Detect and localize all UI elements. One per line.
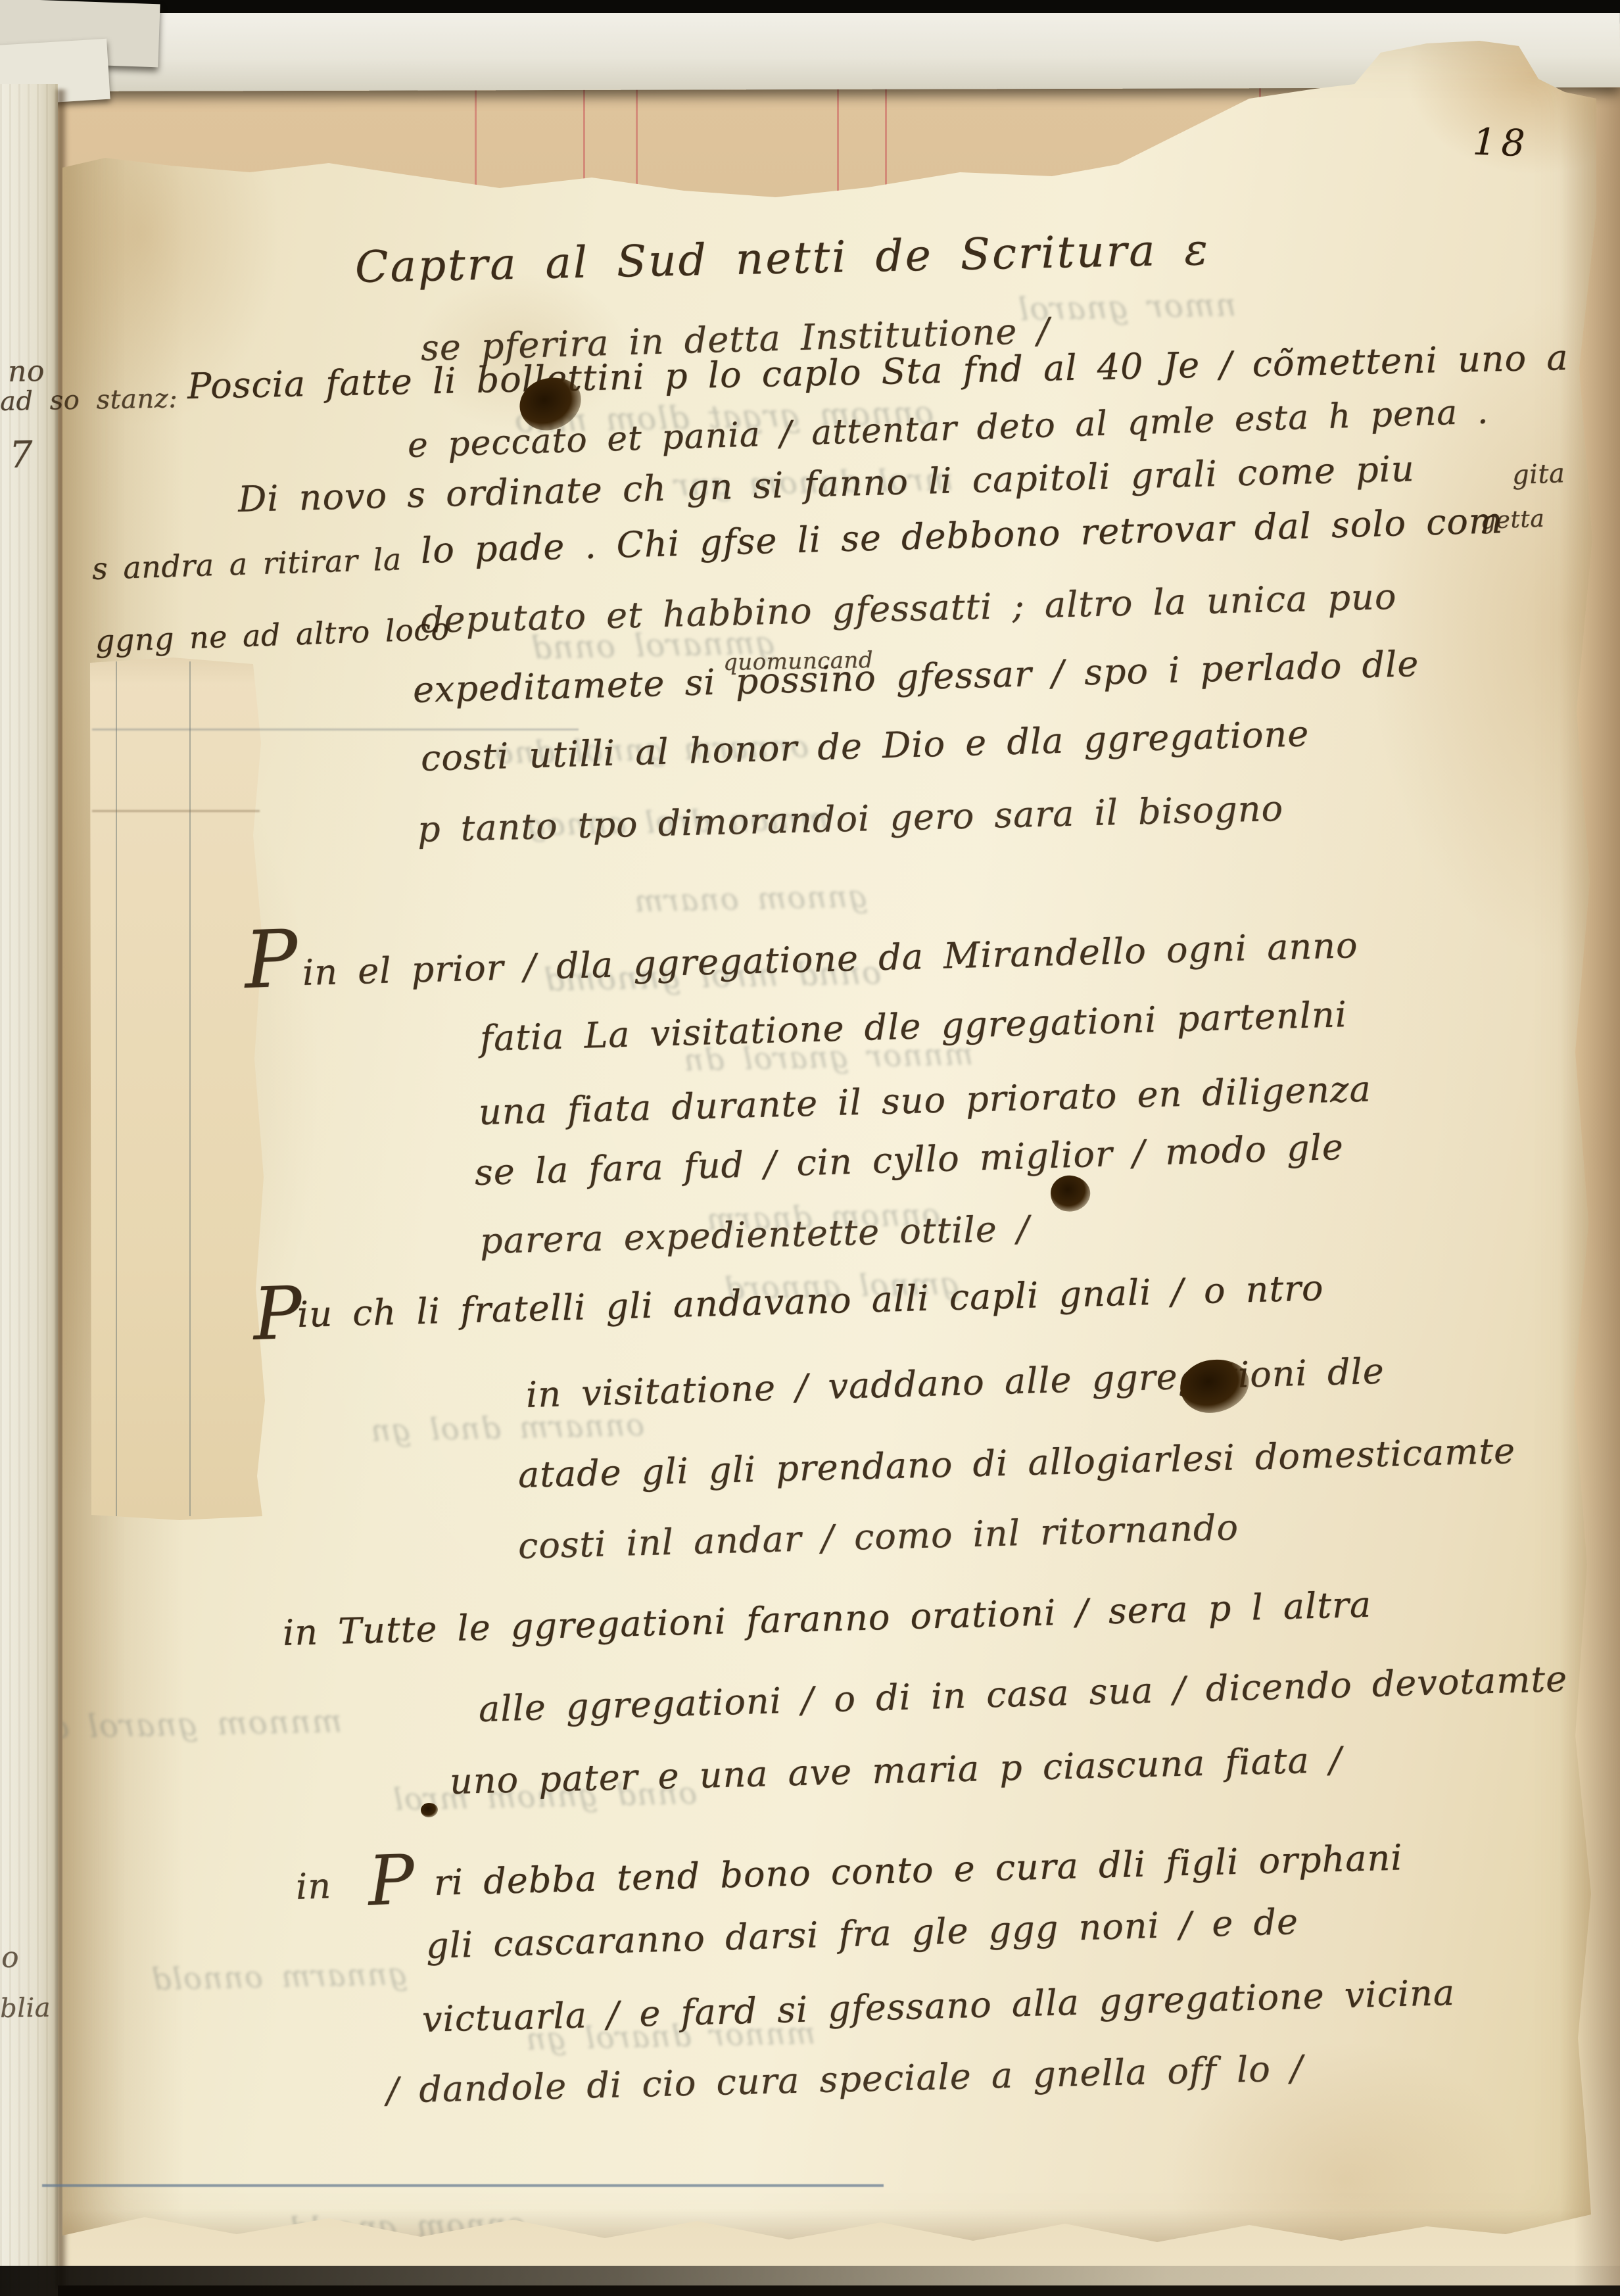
bleedthrough-text: gnnom onarm [633,878,869,919]
manuscript-line: P [367,1840,416,1921]
paper-crease [92,810,260,812]
manuscript-page: nmor gnarolonnom grgat dlom mnomrol dnno… [62,36,1596,2255]
manuscript-line: in [295,1865,332,1907]
manuscript-line: P [252,1270,303,1356]
cutoff-text-fragment: ad so stanz: [0,383,178,417]
cutoff-text-fragment: no [8,354,45,389]
scan-top-shadow [0,0,1620,13]
cutoff-text-fragment: o [1,1941,20,1974]
manuscript-line: gita [1512,458,1565,490]
repair-patch [87,658,265,1520]
blue-crease-line [42,2184,884,2187]
scan-bottom-shadow [0,2266,1620,2296]
cutoff-text-fragment: blia [0,1993,51,2024]
folio-number: 18 [1472,120,1531,165]
patch-rule-line [189,661,191,1516]
patch-rule-line [116,661,117,1516]
bleedthrough-text: nmor gnarol [1017,287,1237,328]
manuscript-line: P [243,913,300,1007]
cutoff-text-fragment: 7 [9,433,33,477]
bleedthrough-text: gnnarm onnold [150,1956,408,1997]
manuscript-scan: nmor gnarolonnom grgat dlom mnomrol dnno… [0,0,1620,2296]
paper-crease [92,729,579,730]
